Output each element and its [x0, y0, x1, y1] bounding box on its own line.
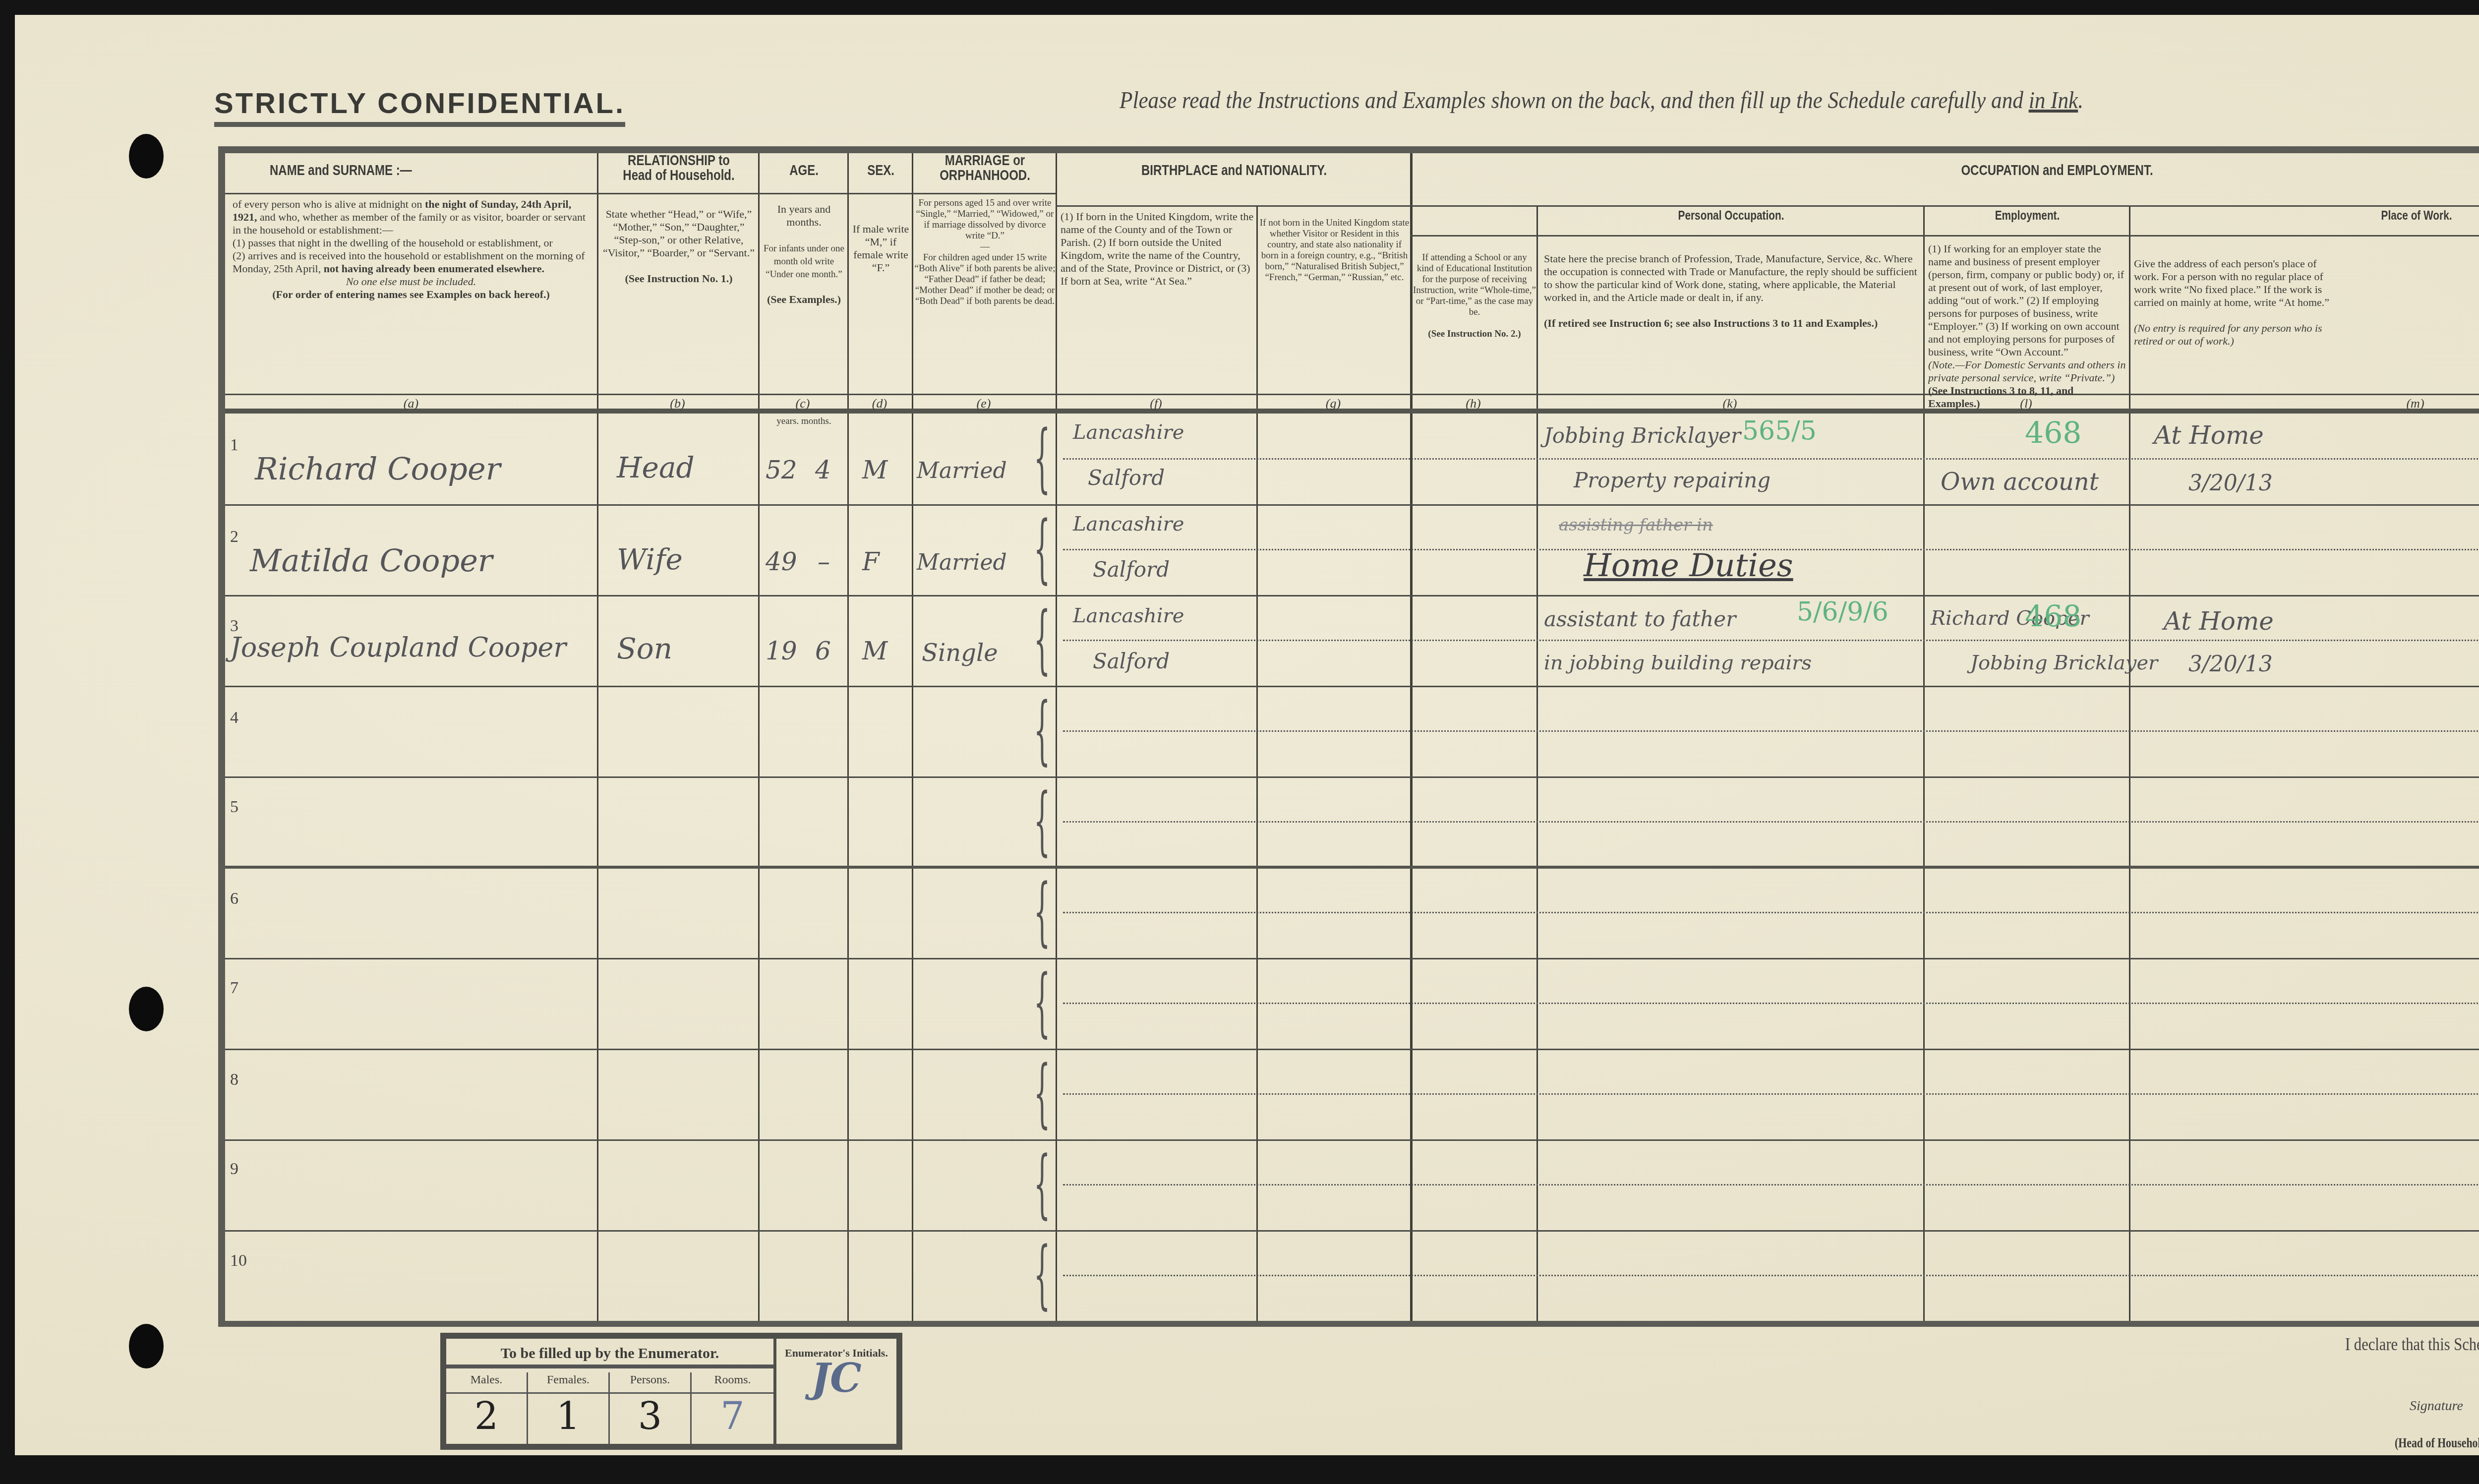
- row1-marriage[interactable]: Married: [917, 458, 1007, 483]
- brace: {: [1034, 875, 1050, 949]
- row1-birth-county[interactable]: Lancashire: [1073, 421, 1184, 444]
- col-age-instructions: In years and months.For infants under on…: [761, 203, 847, 306]
- household-schedule-table: NAME and SURNAME :— RELATIONSHIP to Head…: [218, 146, 2479, 1327]
- row1-name[interactable]: Richard Cooper: [255, 451, 500, 487]
- brace: {: [1034, 1056, 1050, 1130]
- col-name-instructions: of every person who is alive at midnight…: [233, 198, 590, 301]
- punch-hole: [129, 134, 164, 178]
- col-place-instructions: Give the address of each person's place …: [2134, 257, 2342, 348]
- brace: {: [1034, 693, 1050, 768]
- signature-caption: (Head of Household, Manager of Establish…: [2395, 1435, 2479, 1451]
- row3-birth-county[interactable]: Lancashire: [1073, 604, 1184, 627]
- col-name-title: NAME and SURNAME :—: [270, 163, 547, 178]
- row3-place-2[interactable]: 3/20/13: [2188, 652, 2273, 677]
- row3-place-1[interactable]: At Home: [2164, 607, 2274, 636]
- row2-birth-county[interactable]: Lancashire: [1073, 513, 1184, 535]
- col-birthplace-title: BIRTHPLACE and NATIONALITY.: [1093, 163, 1375, 178]
- row3-relationship[interactable]: Son: [617, 632, 672, 665]
- row1-birth-town[interactable]: Salford: [1088, 466, 1165, 490]
- col-occupation-title: OCCUPATION and EMPLOYMENT.: [1541, 163, 2479, 178]
- row1-place-2[interactable]: 3/20/13: [2188, 471, 2273, 496]
- col-marriage-title: MARRIAGE or ORPHANHOOD.: [929, 153, 1042, 183]
- brace: {: [1034, 965, 1050, 1040]
- row1-occupation-2[interactable]: Property repairing: [1574, 468, 1771, 492]
- row1-occupation-1[interactable]: Jobbing Bricklayer: [1544, 423, 1741, 448]
- row1-place-1[interactable]: At Home: [2154, 421, 2264, 450]
- enumerator-initials-cell: Enumerator's Initials. JC: [773, 1339, 896, 1444]
- declaration-area: I declare that this Schedule is correctl…: [2281, 1334, 2479, 1448]
- enumerator-initials[interactable]: JC: [776, 1370, 896, 1385]
- col-employment-instructions: (1) If working for an employer state the…: [1928, 242, 2126, 410]
- col-education-instructions: If attending a School or any kind of Edu…: [1413, 252, 1536, 340]
- row2-occupation-1-struck[interactable]: assisting father in: [1559, 515, 1713, 535]
- employment-title: Employment.: [1946, 208, 2109, 223]
- row3-occupation-code: 5/6/9/6: [1797, 597, 1889, 627]
- declaration-text: I declare that this Schedule is correctl…: [2345, 1334, 2479, 1355]
- row1-age-months[interactable]: 4: [815, 456, 831, 484]
- persons-count[interactable]: 3: [610, 1392, 690, 1438]
- row2-sex[interactable]: F: [862, 547, 880, 576]
- col-nationality-instructions: If not born in the United Kingdom state …: [1259, 218, 1410, 283]
- rooms-count[interactable]: 7: [692, 1392, 773, 1438]
- punch-hole: [129, 987, 164, 1031]
- brace: {: [1034, 512, 1050, 586]
- row3-employment-code: 468: [2025, 599, 2082, 634]
- row2-birth-town[interactable]: Salford: [1093, 557, 1170, 582]
- brace: {: [1034, 1238, 1050, 1312]
- row3-occupation-2[interactable]: in jobbing building repairs: [1544, 652, 1812, 674]
- col-birthplace-instructions: (1) If born in the United Kingdom, write…: [1061, 210, 1256, 288]
- row2-age-months[interactable]: –: [818, 547, 830, 576]
- place-of-work-title: Place of Work.: [2188, 208, 2479, 223]
- personal-occupation-title: Personal Occupation.: [1578, 208, 1885, 223]
- row3-employment-2[interactable]: Jobbing Bricklayer: [1970, 652, 2158, 674]
- brace: {: [1034, 1147, 1050, 1221]
- col-relationship-title: RELATIONSHIP to Head of Household.: [615, 153, 742, 183]
- brace: {: [1034, 784, 1050, 858]
- row1-age-years[interactable]: 52: [766, 456, 797, 484]
- brace: {: [1034, 421, 1050, 495]
- row3-age-years[interactable]: 19: [766, 637, 797, 665]
- strictly-confidential-heading: STRICTLY CONFIDENTIAL.: [214, 87, 625, 127]
- row2-age-years[interactable]: 49: [766, 547, 797, 576]
- row3-sex[interactable]: M: [862, 637, 887, 665]
- row2-marriage[interactable]: Married: [917, 550, 1007, 575]
- col-age-title: AGE.: [769, 163, 839, 178]
- row3-age-months[interactable]: 6: [815, 637, 831, 665]
- row3-birth-town[interactable]: Salford: [1093, 649, 1170, 673]
- row3-name[interactable]: Joseph Coupland Cooper: [230, 632, 566, 663]
- row1-sex[interactable]: M: [862, 456, 887, 484]
- enumerator-summary-box: To be filled up by the Enumerator. Enume…: [440, 1333, 902, 1450]
- row3-occupation-1[interactable]: assistant to father: [1544, 607, 1736, 631]
- row2-occupation-2[interactable]: Home Duties: [1584, 547, 1793, 584]
- col-marriage-instructions: For persons aged 15 and over write “Sing…: [914, 198, 1056, 307]
- row2-relationship[interactable]: Wife: [617, 542, 683, 576]
- row3-marriage[interactable]: Single: [922, 639, 998, 667]
- brace: {: [1034, 602, 1050, 677]
- col-personal-occupation-instructions: State here the precise branch of Profess…: [1544, 252, 1918, 330]
- row1-employment[interactable]: Own account: [1941, 468, 2099, 496]
- row2-name[interactable]: Matilda Cooper: [250, 542, 493, 579]
- row1-relationship[interactable]: Head: [617, 451, 695, 484]
- fill-instruction: Please read the Instructions and Example…: [1120, 87, 2083, 114]
- col-sex-title: SEX.: [856, 163, 906, 178]
- females-count[interactable]: 1: [528, 1392, 608, 1438]
- row1-occupation-code: 565/5: [1742, 416, 1817, 446]
- row1-employment-code: 468: [2025, 416, 2082, 451]
- col-sex-instructions: If male write “M,” if female write “F.”: [850, 223, 912, 274]
- males-count[interactable]: 2: [446, 1392, 527, 1438]
- punch-hole: [129, 1324, 164, 1368]
- col-relationship-instructions: State whether “Head,” or “Wife,” “Mother…: [602, 208, 756, 285]
